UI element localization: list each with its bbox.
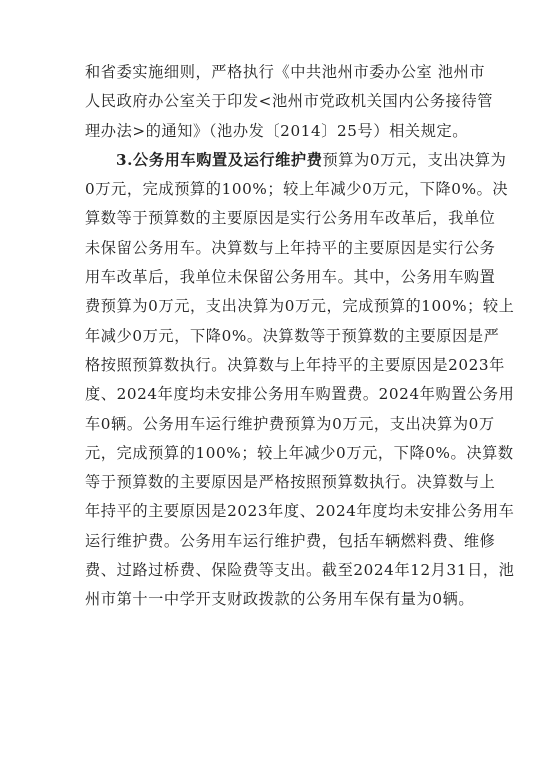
- paragraph-line: 州市第十一中学开支财政拨款的公务用车保有量为0辆。: [85, 585, 472, 614]
- paragraph-line: 算数等于预算数的主要原因是实行公务用车改革后，我单位: [85, 204, 472, 233]
- paragraph-line: 理办法>的通知》（池办发〔2014〕25号）相关规定。: [85, 117, 472, 146]
- section-heading-line: 3.公务用车购置及运行维护费预算为0万元，支出决算为: [85, 146, 472, 175]
- paragraph-line: 人民政府办公室关于印发<池州市党政机关国内公务接待管: [85, 87, 472, 116]
- paragraph-line: 度、2024年度均未安排公务用车购置费。2024年购置公务用: [85, 380, 472, 409]
- paragraph-line: 运行维护费。公务用车运行维护费，包括车辆燃料费、维修: [85, 527, 472, 556]
- document-body: 和省委实施细则，严格执行《中共池州市委办公室 池州市 人民政府办公室关于印发<池…: [85, 58, 472, 615]
- paragraph-line: 格按照预算数执行。决算数与上年持平的主要原因是2023年: [85, 351, 472, 380]
- paragraph-line: 未保留公务用车。决算数与上年持平的主要原因是实行公务: [85, 234, 472, 263]
- paragraph-line: 等于预算数的主要原因是严格按照预算数执行。决算数与上: [85, 468, 472, 497]
- paragraph-line: 用车改革后，我单位未保留公务用车。其中，公务用车购置: [85, 263, 472, 292]
- paragraph-line: 年减少0万元，下降0%。决算数等于预算数的主要原因是严: [85, 322, 472, 351]
- paragraph-line: 和省委实施细则，严格执行《中共池州市委办公室 池州市: [85, 58, 472, 87]
- section-heading: 3.公务用车购置及运行维护费: [116, 151, 323, 169]
- paragraph-line: 车0辆。公务用车运行维护费预算为0万元，支出决算为0万: [85, 410, 472, 439]
- document-page: 和省委实施细则，严格执行《中共池州市委办公室 池州市 人民政府办公室关于印发<池…: [0, 0, 557, 783]
- paragraph-line: 元，完成预算的100%；较上年减少0万元，下降0%。决算数: [85, 439, 472, 468]
- paragraph-line: 年持平的主要原因是2023年度、2024年度均未安排公务用车: [85, 497, 472, 526]
- paragraph-line: 费预算为0万元，支出决算为0万元，完成预算的100%；较上: [85, 292, 472, 321]
- paragraph-text: 预算为0万元，支出决算为: [323, 151, 507, 169]
- paragraph-line: 0万元，完成预算的100%；较上年减少0万元，下降0%。决: [85, 175, 472, 204]
- paragraph-line: 费、过路过桥费、保险费等支出。截至2024年12月31日，池: [85, 556, 472, 585]
